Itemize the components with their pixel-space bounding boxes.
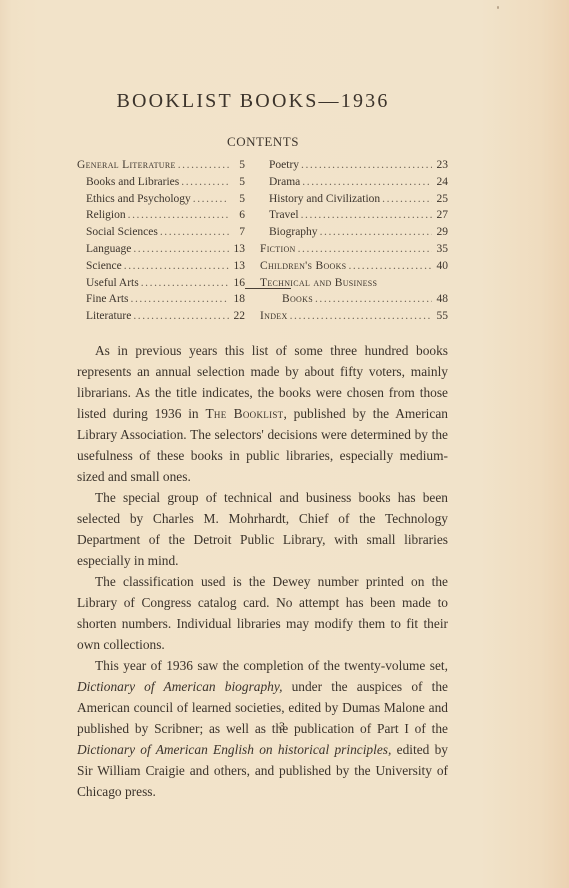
toc-leader-dots <box>181 174 229 191</box>
toc-entry-page: 48 <box>434 291 448 308</box>
book-title-dab: Dictionary of American biography, <box>77 679 282 694</box>
toc-leader-dots <box>302 174 432 191</box>
toc-column-right: Poetry23Drama24History and Civilization2… <box>260 157 448 325</box>
toc-entry: Biography29 <box>260 224 448 241</box>
toc-entry: Literature22 <box>77 308 245 325</box>
toc-entry-label: Books <box>282 291 313 308</box>
toc-entry-label: Fine Arts <box>86 291 129 308</box>
toc-entry-page: 18 <box>231 291 245 308</box>
section-divider <box>245 288 291 289</box>
toc-entry: Drama24 <box>260 174 448 191</box>
toc-entry: Index55 <box>260 308 448 325</box>
toc-entry-page: 35 <box>434 241 448 258</box>
toc-entry: General Literature5 <box>77 157 245 174</box>
toc-leader-dots <box>348 258 432 275</box>
toc-leader-dots <box>315 291 432 308</box>
table-of-contents: General Literature5Books and Libraries5E… <box>77 157 448 337</box>
toc-leader-dots <box>290 308 432 325</box>
toc-entry-page: 23 <box>434 157 448 174</box>
toc-entry-label: Language <box>86 241 131 258</box>
toc-leader-dots <box>178 157 229 174</box>
toc-entry-label: Drama <box>269 174 300 191</box>
toc-entry: Poetry23 <box>260 157 448 174</box>
toc-entry: Travel27 <box>260 207 448 224</box>
toc-entry: Fiction35 <box>260 241 448 258</box>
toc-entry: Books48 <box>260 291 448 308</box>
contents-heading: CONTENTS <box>0 134 526 150</box>
toc-entry-label: General Literature <box>77 157 176 174</box>
toc-entry: Books and Libraries5 <box>77 174 245 191</box>
toc-leader-dots <box>160 224 229 241</box>
toc-leader-dots <box>141 275 229 292</box>
toc-entry-page: 6 <box>231 207 245 224</box>
toc-entry-label: Poetry <box>269 157 299 174</box>
paragraph-2: The special group of technical and busin… <box>77 487 448 571</box>
toc-entry-page: 5 <box>231 157 245 174</box>
toc-entry-label: Travel <box>269 207 299 224</box>
toc-entry-page: 16 <box>231 275 245 292</box>
toc-entry-label: Books and Libraries <box>86 174 179 191</box>
toc-entry: Children's Books40 <box>260 258 448 275</box>
toc-entry-page: 24 <box>434 174 448 191</box>
toc-entry-label: Religion <box>86 207 126 224</box>
toc-entry-label: Literature <box>86 308 131 325</box>
toc-entry-page: 7 <box>231 224 245 241</box>
publication-name: The Booklist <box>205 406 283 421</box>
toc-leader-dots <box>301 157 432 174</box>
toc-entry-page: 29 <box>434 224 448 241</box>
toc-leader-dots <box>124 258 229 275</box>
toc-leader-dots <box>193 191 229 208</box>
toc-entry: Fine Arts18 <box>77 291 245 308</box>
toc-entry-label: Biography <box>269 224 318 241</box>
toc-leader-dots <box>131 291 230 308</box>
paragraph-1: As in previous years this list of some t… <box>77 340 448 487</box>
toc-entry: Social Sciences7 <box>77 224 245 241</box>
toc-entry-label: Useful Arts <box>86 275 139 292</box>
toc-entry-page: 5 <box>231 191 245 208</box>
toc-leader-dots <box>133 241 229 258</box>
toc-entry-page: 13 <box>231 258 245 275</box>
toc-entry-page: 55 <box>434 308 448 325</box>
page-number: 3 <box>0 719 564 734</box>
toc-leader-dots <box>382 191 432 208</box>
toc-entry: Language13 <box>77 241 245 258</box>
scan-speck <box>497 6 499 9</box>
toc-leader-dots <box>320 224 432 241</box>
toc-entry-label: Fiction <box>260 241 296 258</box>
toc-entry-label: Ethics and Psychology <box>86 191 191 208</box>
toc-entry-page: 40 <box>434 258 448 275</box>
toc-entry-page: 25 <box>434 191 448 208</box>
toc-leader-dots <box>133 308 229 325</box>
toc-entry: Ethics and Psychology5 <box>77 191 245 208</box>
toc-entry-label: History and Civilization <box>269 191 380 208</box>
toc-entry-page: 5 <box>231 174 245 191</box>
toc-entry: History and Civilization25 <box>260 191 448 208</box>
page-title: BOOKLIST BOOKS—1936 <box>0 90 506 113</box>
toc-entry-label: Social Sciences <box>86 224 158 241</box>
book-page: BOOKLIST BOOKS—1936 CONTENTS General Lit… <box>0 0 569 888</box>
book-title-dae: Dictionary of American English on histor… <box>77 742 391 757</box>
toc-entry-label: Science <box>86 258 122 275</box>
toc-entry: Useful Arts16 <box>77 275 245 292</box>
toc-entry-page: 22 <box>231 308 245 325</box>
toc-leader-dots <box>301 207 432 224</box>
toc-column-left: General Literature5Books and Libraries5E… <box>77 157 245 325</box>
toc-leader-dots <box>298 241 432 258</box>
toc-entry-page: 27 <box>434 207 448 224</box>
toc-entry: Religion6 <box>77 207 245 224</box>
paragraph-4-text: This year of 1936 saw the completion of … <box>95 658 448 673</box>
toc-entry: Science13 <box>77 258 245 275</box>
paragraph-3: The classification used is the Dewey num… <box>77 571 448 655</box>
toc-entry-page: 13 <box>231 241 245 258</box>
toc-entry-label: Index <box>260 308 288 325</box>
toc-leader-dots <box>128 207 229 224</box>
toc-entry-label: Children's Books <box>260 258 346 275</box>
